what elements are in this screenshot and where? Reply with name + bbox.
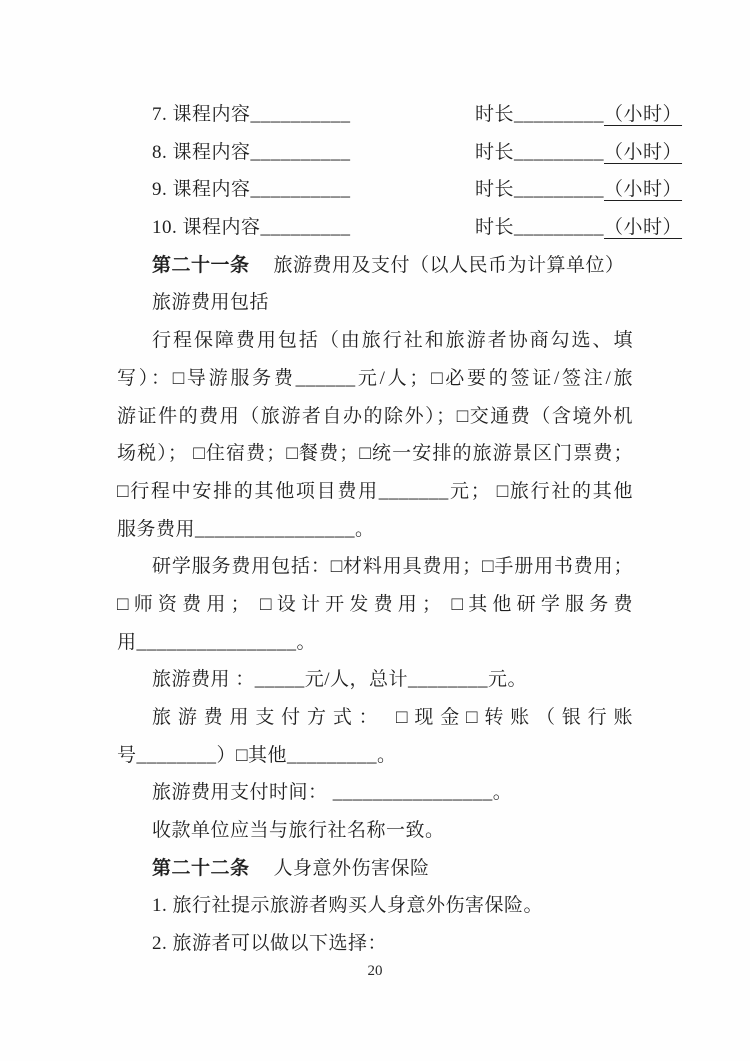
article-21-label: 第二十一条 <box>152 255 250 276</box>
course-label: 9. 课程内容 <box>152 179 251 200</box>
paragraph-line: 场税）； □住宿费；□餐费；□统一安排的旅游景区门票费； <box>117 435 633 473</box>
paragraph-line: □师资费用； □设计开发费用； □其他研学服务费 <box>117 586 633 624</box>
duration-unit: （小时） <box>604 217 682 238</box>
payment-method-line: 旅游费用支付方式： □现金□转账（银行账 <box>117 699 633 737</box>
insurance-item-2: 2. 旅游者可以做以下选择： <box>117 925 633 963</box>
duration-blank: _________ <box>514 179 604 200</box>
payment-time-line: 旅游费用支付时间： ________________。 <box>117 774 633 812</box>
paragraph-line: 行程保障费用包括（由旅行社和旅游者协商勾选、填 <box>117 322 633 360</box>
course-label: 8. 课程内容 <box>152 142 251 163</box>
article-22-label: 第二十二条 <box>152 858 250 879</box>
course-line-8: 8. 课程内容__________ 时长_________（小时） <box>117 134 633 172</box>
duration-label: 时长 <box>475 142 514 163</box>
course-label: 7. 课程内容 <box>152 104 251 125</box>
duration-field: 时长_________（小时） <box>440 171 682 209</box>
duration-blank: _________ <box>514 104 604 125</box>
paragraph-line: 研学服务费用包括：□材料用具费用；□手册用书费用； <box>117 548 633 586</box>
course-blank: __________ <box>251 179 351 200</box>
course-line-10: 10. 课程内容_________ 时长_________（小时） <box>117 209 633 247</box>
article-21-heading: 第二十一条旅游费用及支付（以人民币为计算单位） <box>117 247 633 285</box>
duration-unit: （小时） <box>604 142 682 163</box>
fee-total-line: 旅游费用 ：_____元/人，总计________元。 <box>117 661 633 699</box>
contract-page: 7. 课程内容__________ 时长_________（小时） 8. 课程内… <box>0 0 750 1061</box>
fee-include-line: 旅游费用包括 <box>117 284 633 322</box>
duration-field: 时长_________（小时） <box>440 134 682 172</box>
course-line-7: 7. 课程内容__________ 时长_________（小时） <box>117 96 633 134</box>
article-22-title: 人身意外伤害保险 <box>274 858 430 879</box>
insurance-item-1: 1. 旅行社提示旅游者购买人身意外伤害保险。 <box>117 887 633 925</box>
duration-blank: _________ <box>514 142 604 163</box>
course-line-9: 9. 课程内容__________ 时长_________（小时） <box>117 171 633 209</box>
course-blank: __________ <box>251 142 351 163</box>
page-number: 20 <box>0 963 750 980</box>
paragraph-line: □行程中安排的其他项目费用_______元； □旅行社的其他 <box>117 473 633 511</box>
paragraph-line: 游证件的费用（旅游者自办的除外）；□交通费（含境外机 <box>117 398 633 436</box>
payee-note-line: 收款单位应当与旅行社名称一致。 <box>117 812 633 850</box>
duration-label: 时长 <box>475 179 514 200</box>
course-label: 10. 课程内容 <box>152 217 261 238</box>
course-blank: __________ <box>251 104 351 125</box>
payment-method-line: 号________）□其他_________。 <box>117 737 633 775</box>
duration-blank: _________ <box>514 217 604 238</box>
duration-label: 时长 <box>475 217 514 238</box>
duration-unit: （小时） <box>604 179 682 200</box>
document-body: 7. 课程内容__________ 时长_________（小时） 8. 课程内… <box>117 96 633 963</box>
course-blank: _________ <box>261 217 351 238</box>
paragraph-line: 服务费用________________。 <box>117 511 633 549</box>
paragraph-line: 写）：□导游服务费______元/人；□必要的签证/签注/旅 <box>117 360 633 398</box>
duration-field: 时长_________（小时） <box>440 96 682 134</box>
duration-unit: （小时） <box>604 104 682 125</box>
duration-field: 时长_________（小时） <box>440 209 682 247</box>
article-22-heading: 第二十二条人身意外伤害保险 <box>117 850 633 888</box>
paragraph-line: 用________________。 <box>117 624 633 662</box>
article-21-title: 旅游费用及支付（以人民币为计算单位） <box>274 255 625 276</box>
duration-label: 时长 <box>475 104 514 125</box>
